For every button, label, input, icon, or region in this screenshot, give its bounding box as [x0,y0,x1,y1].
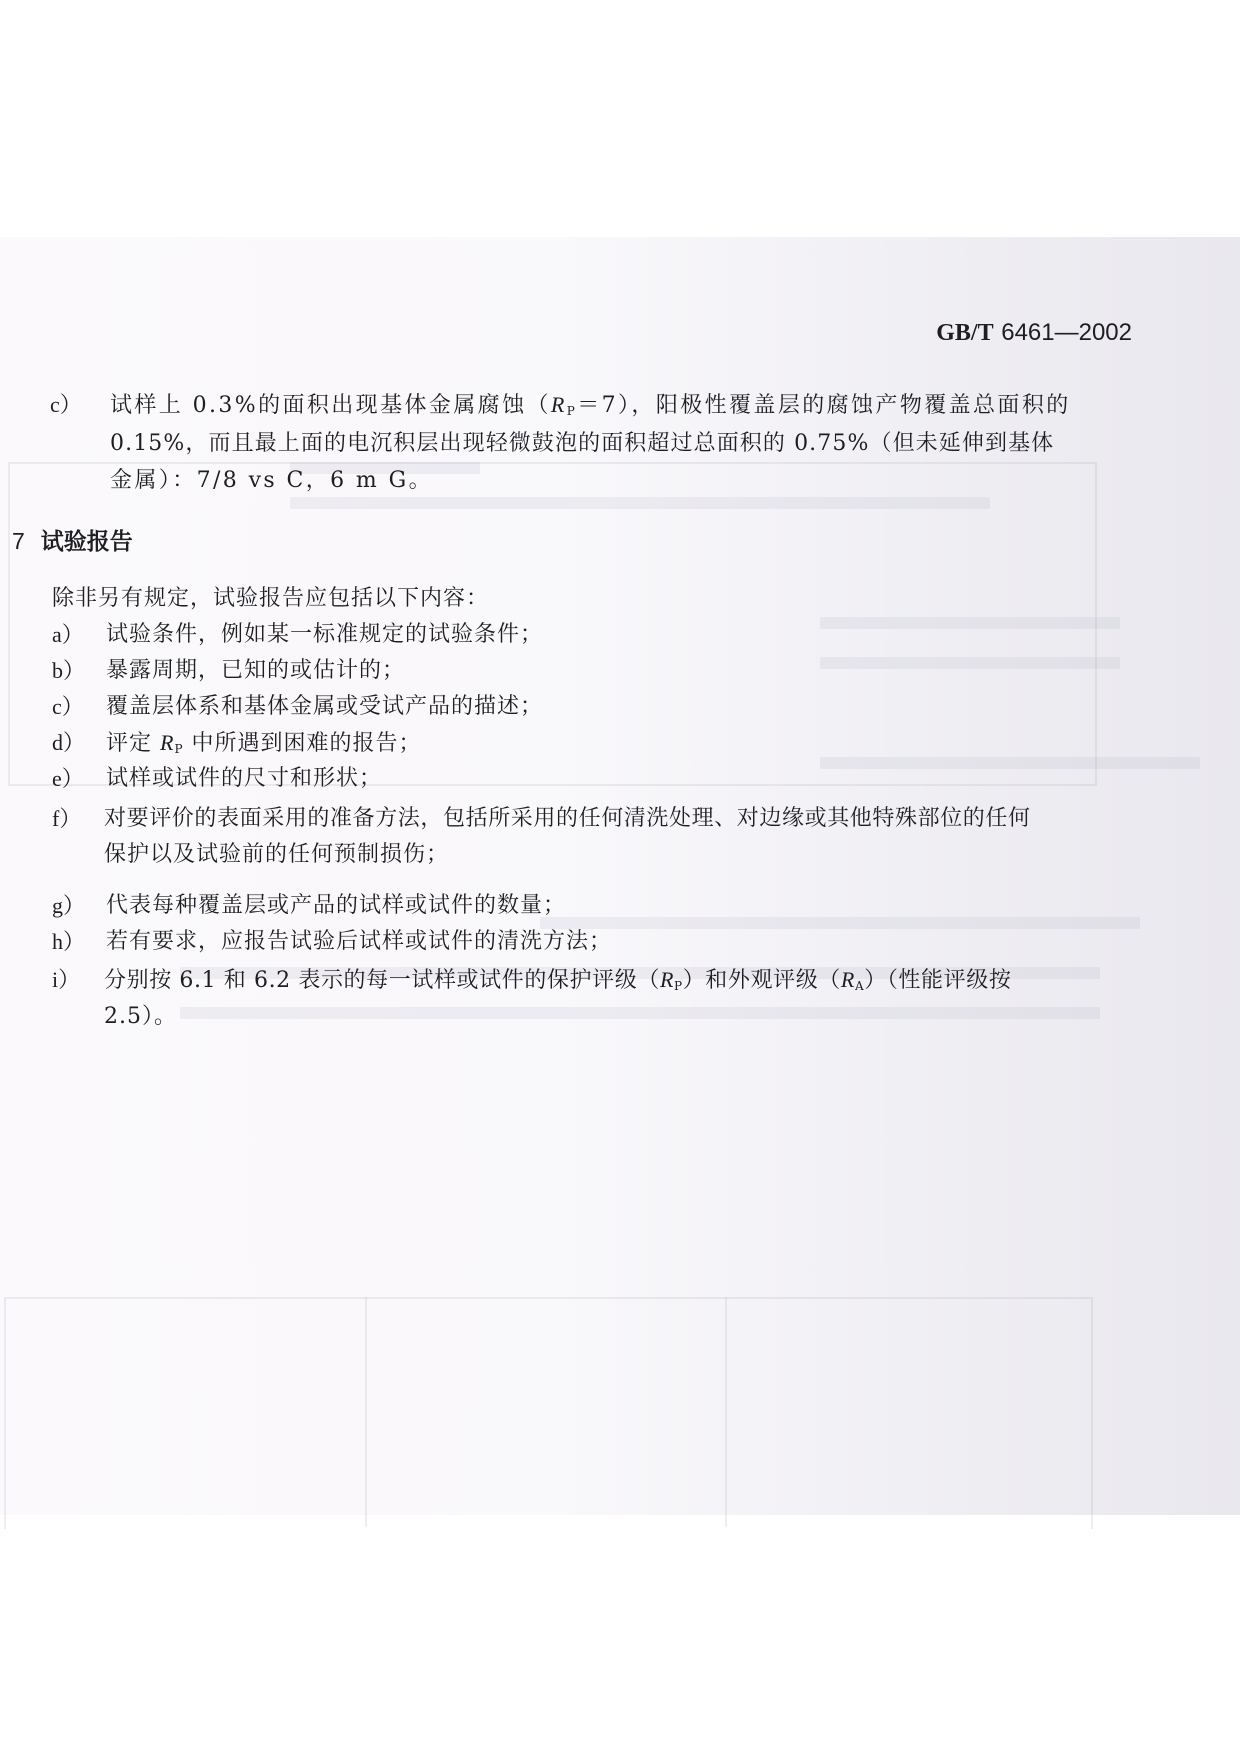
show-through-col-2 [725,1297,727,1527]
text-run: ）（性能评级按 [864,968,1011,993]
paragraph-line: 金属）：7/8 vs C，6 m G。 [110,466,433,496]
text-run: 中所遇到困难的报告； [184,731,422,756]
rp-subscript: P [174,742,183,756]
show-through-text [820,617,1120,629]
standard-code: 6461—2002 [1001,319,1132,346]
list-item-i: 分别按 6.1 和 6.2 表示的每一试样或试件的保护评级（RP）和外观评级（R… [104,965,1011,1001]
list-item-d: 评定 RP 中所遇到困难的报告； [106,728,422,764]
ra-subscript: A [855,979,864,993]
list-label: f） [52,804,81,834]
text-run: ）和外观评级（ [683,968,841,993]
list-item-a: 试验条件，例如某一标准规定的试验条件； [106,620,543,650]
list-item-f: 对要评价的表面采用的准备方法，包括所采用的任何清洗处理、对边缘或其他特殊部位的任… [104,804,1031,834]
list-label: b） [52,656,85,686]
list-item-i-continued: 2.5）。 [104,1002,177,1032]
show-through-table-bottom [4,1297,1093,1529]
list-item-e: 试样或试件的尺寸和形状； [106,764,382,794]
list-label: g） [52,891,85,921]
paragraph-line: 试样上 0.3%的面积出现基体金属腐蚀（RP＝7），阳极性覆盖层的腐蚀产物覆盖总… [110,390,1071,426]
list-item-f-continued: 保护以及试验前的任何预制损伤； [104,840,449,870]
show-through-text [290,497,990,509]
rp-subscript: P [674,979,683,993]
list-label: a） [52,620,84,650]
standard-prefix: GB/T [936,320,993,346]
list-label: h） [52,927,85,957]
list-item-b: 暴露周期，已知的或估计的； [106,656,405,686]
show-through-text [180,1007,1100,1019]
section-intro: 除非另有规定，试验报告应包括以下内容： [52,584,489,614]
rp-symbol: R [660,967,674,992]
show-through-text [820,757,1200,769]
paragraph-line: 0.15%，而且最上面的电沉积层出现轻微鼓泡的面积超过总面积的 0.75%（但未… [110,429,1054,459]
list-label: d） [52,728,85,758]
text-run: 评定 [106,731,160,756]
section-title: 试验报告 [41,529,133,555]
section-heading: 7试验报告 [12,526,133,557]
text-run: ＝7），阳极性覆盖层的腐蚀产物覆盖总面积的 [577,393,1070,418]
list-item-h: 若有要求，应报告试验后试样或试件的清洗方法； [106,927,612,957]
list-label: c） [52,692,84,722]
standard-number: GB/T 6461—2002 [936,318,1132,347]
list-label: e） [52,764,84,794]
show-through-text [540,917,1140,929]
ra-symbol: R [841,967,855,992]
list-label: c） [50,390,82,420]
show-through-col-1 [365,1297,367,1527]
list-item-c: 覆盖层体系和基体金属或受试产品的描述； [106,692,543,722]
rp-symbol: R [551,392,567,417]
list-label: i） [52,965,80,995]
list-item-g: 代表每种覆盖层或产品的试样或试件的数量； [106,891,566,921]
rp-symbol: R [160,730,174,755]
section-number: 7 [12,528,25,554]
text-run: 分别按 6.1 和 6.2 表示的每一试样或试件的保护评级（ [104,968,660,993]
rp-subscript: P [567,404,577,418]
show-through-text [820,657,1120,669]
text-run: 试样上 0.3%的面积出现基体金属腐蚀（ [110,393,551,418]
